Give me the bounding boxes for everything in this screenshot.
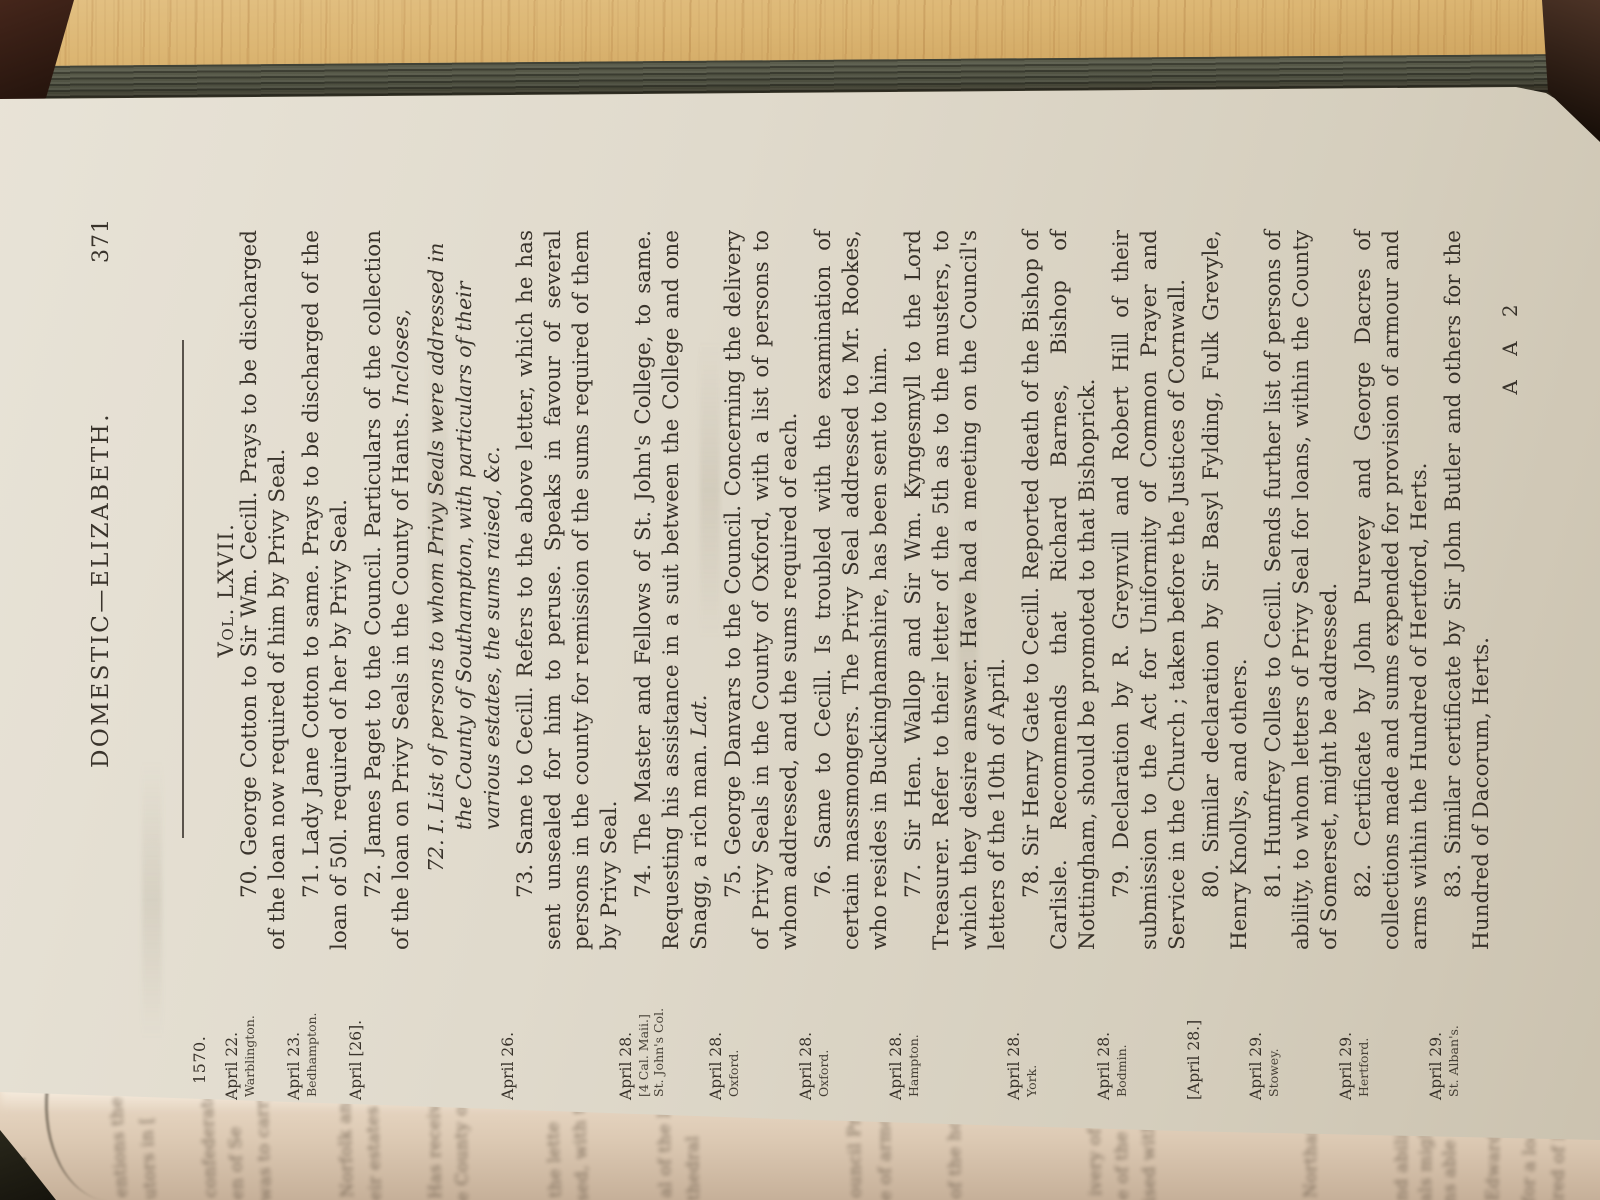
entry-text: 70. George Cotton to Sir Wm. Cecill. Pra… [236, 230, 292, 950]
page-content: DOMESTIC—ELIZABETH. 371 Vol. LXVII. 1570… [0, 0, 1600, 1200]
margin-date-note: April 28.Hampton. [887, 958, 921, 1100]
margin-date-note: April 28.[4 Cal. Maii.]St. John's Col. [617, 958, 666, 1100]
page-header: DOMESTIC—ELIZABETH. 371 [88, 230, 114, 950]
margin-date: April 26. [499, 958, 518, 1100]
margin-place: Bedhampton. [304, 958, 319, 1100]
calendar-entry: April 22.Warblington.70. George Cotton t… [236, 230, 292, 950]
entry-text: 79. Declaration by R. Greynvill and Robe… [1108, 230, 1192, 950]
entry-text: 74. The Master and Fellows of St. John's… [630, 230, 714, 950]
margin-date-note: April 29.St. Alban's. [1427, 958, 1461, 1100]
entry-text: 77. Sir Hen. Wallop and Sir Wm. Kyngesmy… [900, 230, 1012, 950]
calendar-entry: [April 28.]80. Similar declaration by Si… [1198, 230, 1254, 950]
margin-date: April 28. [1095, 958, 1114, 1100]
entry-text: 81. Humfrey Colles to Cecill. Sends furt… [1260, 230, 1344, 950]
calendar-entry: April 28.Hampton.77. Sir Hen. Wallop and… [900, 230, 1012, 950]
signature-mark: A A 2 [1498, 260, 1522, 430]
margin-date-note: April 29.Hertford. [1337, 958, 1371, 1100]
margin-date-note: April 28.Oxford. [797, 958, 831, 1100]
margin-date-note: April 29.Stowey. [1247, 958, 1281, 1100]
margin-place: Oxford. [726, 958, 741, 1100]
calendar-entry: April [26].72. James Paget to the Counci… [360, 230, 416, 950]
entry-text: 72. I. List of persons to whom Privy Sea… [422, 230, 506, 872]
calendar-entry: April 28.York.78. Sir Henry Gate to Ceci… [1018, 230, 1102, 950]
calendar-entry: April 29.Stowey.81. Humfrey Colles to Ce… [1260, 230, 1344, 950]
volume-heading: Vol. LXVII. [214, 230, 238, 950]
ink-showthrough [142, 760, 162, 1040]
margin-date-note: April 26. [499, 958, 518, 1100]
margin-place: Oxford. [816, 958, 831, 1100]
margin-date: April 28. [1005, 958, 1024, 1100]
calendar-entry: April 28.Oxford.76. Same to Cecill. Is t… [810, 230, 894, 950]
margin-date: [April 28.] [1185, 958, 1204, 1100]
margin-place: Bodmin. [1114, 958, 1129, 1100]
entry-text: 78. Sir Henry Gate to Cecill. Reported d… [1018, 230, 1102, 950]
entry-text: 82. Certificate by John Purevey and Geor… [1350, 230, 1434, 950]
margin-date: April 28. [707, 958, 726, 1100]
margin-place: Hertford. [1356, 958, 1371, 1100]
margin-place: St. Alban's. [1446, 958, 1461, 1100]
book-page: DOMESTIC—ELIZABETH. 371 Vol. LXVII. 1570… [0, 0, 1600, 1200]
margin-place: York. [1024, 958, 1039, 1100]
margin-date: April 22. [223, 958, 242, 1100]
margin-date: April 28. [797, 958, 816, 1100]
margin-year: 1570. [190, 1036, 209, 1084]
margin-place: Hampton. [906, 958, 921, 1100]
calendar-entry: April 28.[4 Cal. Maii.]St. John's Col.74… [630, 230, 714, 950]
entry-text: 71. Lady Jane Cotton to same. Prays to b… [298, 230, 354, 950]
margin-date: April 28. [887, 958, 906, 1100]
margin-date-note: April 23.Bedhampton. [285, 958, 319, 1100]
calendar-entry: April 28.Bodmin.79. Declaration by R. Gr… [1108, 230, 1192, 950]
margin-date-note: April 28.York. [1005, 958, 1039, 1100]
entry-text: 73. Same to Cecill. Refers to the above … [512, 230, 624, 950]
margin-place: Warblington. [242, 958, 257, 1100]
calendar-entry: April 23.Bedhampton.71. Lady Jane Cotton… [298, 230, 354, 950]
entry-text: 80. Similar declaration by Sir Basyl Fyl… [1198, 230, 1254, 950]
entry-text: 83. Similar certificate by Sir John Butl… [1440, 230, 1496, 950]
calendar-entry: April 29.St. Alban's.83. Similar certifi… [1440, 230, 1496, 950]
running-title: DOMESTIC—ELIZABETH. [88, 412, 114, 768]
margin-date: April 29. [1247, 958, 1266, 1100]
page-number: 371 [89, 218, 114, 263]
entries-list: April 22.Warblington.70. George Cotton t… [236, 230, 1502, 950]
margin-date-note: April 28.Bodmin. [1095, 958, 1129, 1100]
book-photo: TH.entions theutors in [confederatesen o… [0, 0, 1600, 1200]
margin-date-note: April 28.Oxford. [707, 958, 741, 1100]
margin-date: April [26]. [347, 958, 366, 1100]
entry-text: 75. George Danvars to the Council. Conce… [720, 230, 804, 950]
calendar-entry: April 29.Hertford.82. Certificate by Joh… [1350, 230, 1434, 950]
margin-date: April 23. [285, 958, 304, 1100]
margin-date: April 29. [1427, 958, 1446, 1100]
margin-date: April 29. [1337, 958, 1356, 1100]
calendar-subentry: 72. I. List of persons to whom Privy Sea… [422, 230, 506, 950]
entry-text: 76. Same to Cecill. Is troubled with the… [810, 230, 894, 950]
margin-date-note: [April 28.] [1185, 958, 1204, 1100]
margin-place: [4 Cal. Maii.] [636, 958, 651, 1100]
calendar-entry: April 26.73. Same to Cecill. Refers to t… [512, 230, 624, 950]
margin-date-note: April 22.Warblington. [223, 958, 257, 1100]
header-rule [182, 340, 184, 838]
margin-place: Stowey. [1266, 958, 1281, 1100]
entry-text: 72. James Paget to the Council. Particul… [360, 230, 416, 950]
margin-date: April 28. [617, 958, 636, 1100]
margin-date-note: April [26]. [347, 958, 366, 1100]
margin-place: St. John's Col. [651, 958, 666, 1100]
calendar-entry: April 28.Oxford.75. George Danvars to th… [720, 230, 804, 950]
